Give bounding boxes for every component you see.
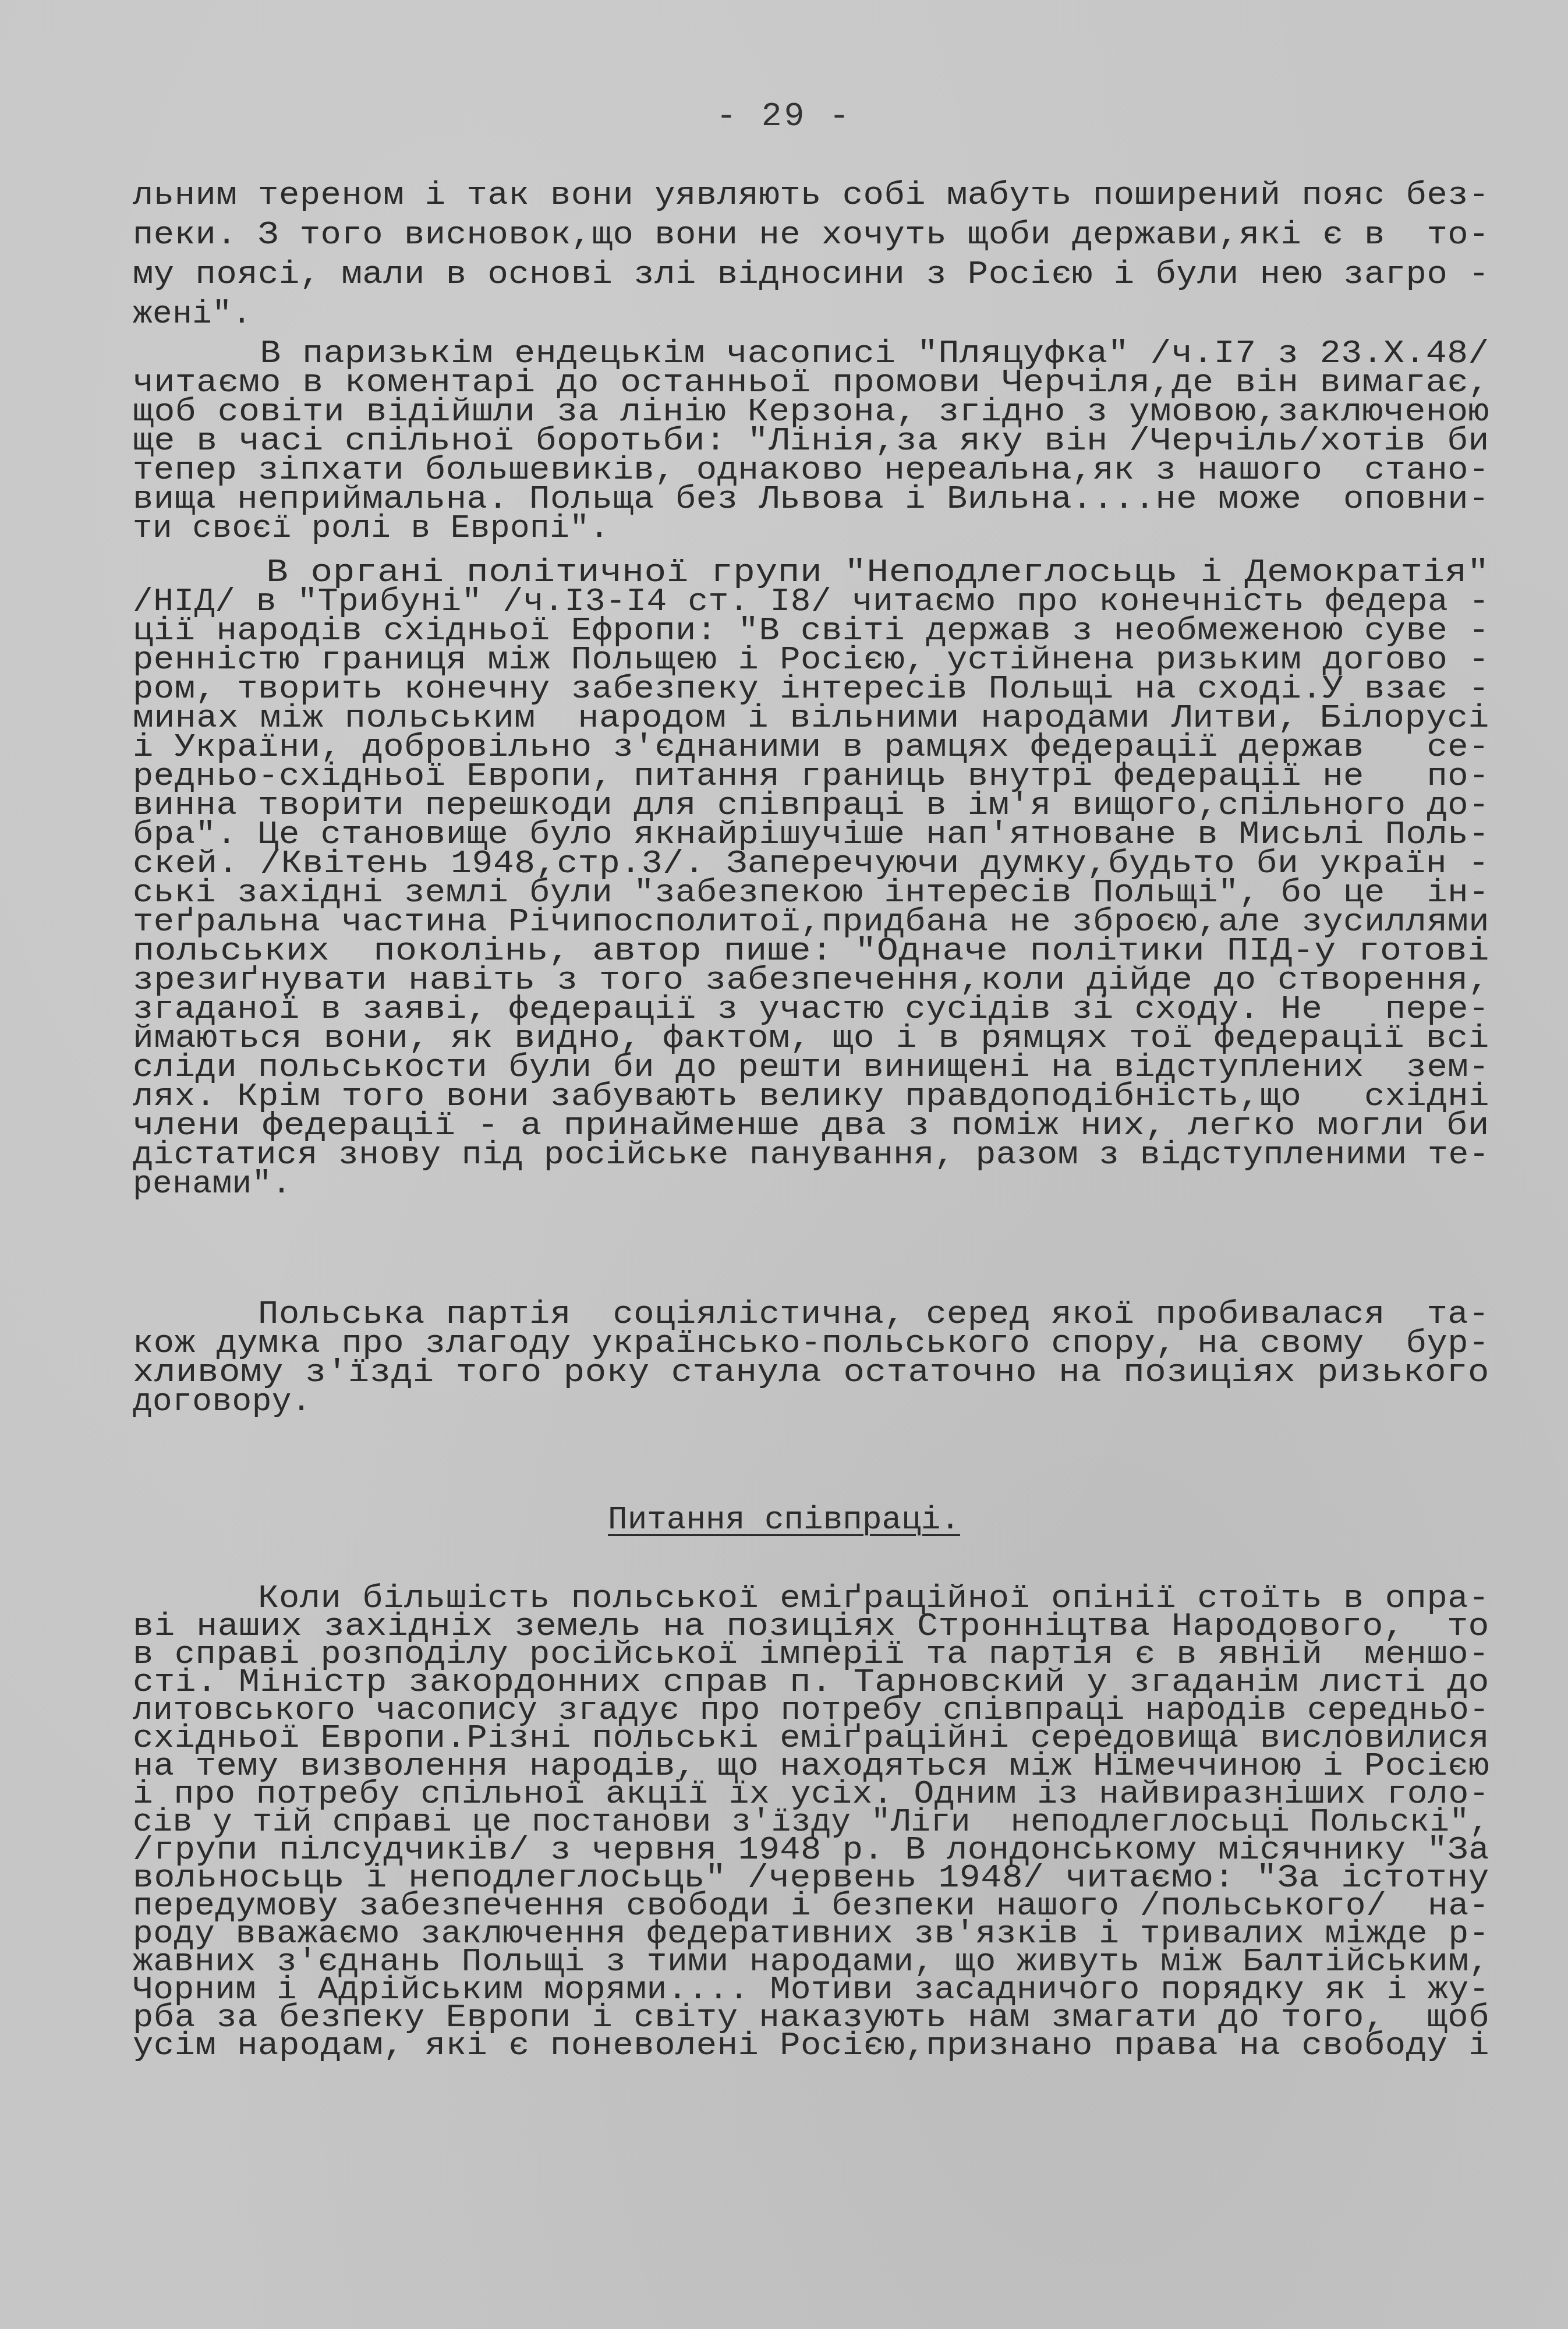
page-number: - 29 - xyxy=(0,98,1568,136)
text-line: усім народам, які є поневолені Росією,пр… xyxy=(133,2025,1489,2066)
text-line: жені". xyxy=(133,293,1498,334)
text-line: ти своєї ролі в Европі". xyxy=(133,508,1498,548)
text-line: договору. xyxy=(133,1381,1498,1422)
text-line: му поясі, мали в основі злі відносини з … xyxy=(133,254,1489,295)
text-line: льним тереном і так вони уявляють собі м… xyxy=(133,175,1489,215)
text-line: ренами". xyxy=(133,1163,1498,1204)
document-page: - 29 - льним тереном і так вони уявляють… xyxy=(0,0,1568,2329)
section-heading-text: Питання співпраці. xyxy=(608,1501,960,1538)
section-heading: Питання співпраці. xyxy=(0,1499,1568,1540)
text-line: пеки. З того висновок,що вони не хочуть … xyxy=(133,214,1489,255)
